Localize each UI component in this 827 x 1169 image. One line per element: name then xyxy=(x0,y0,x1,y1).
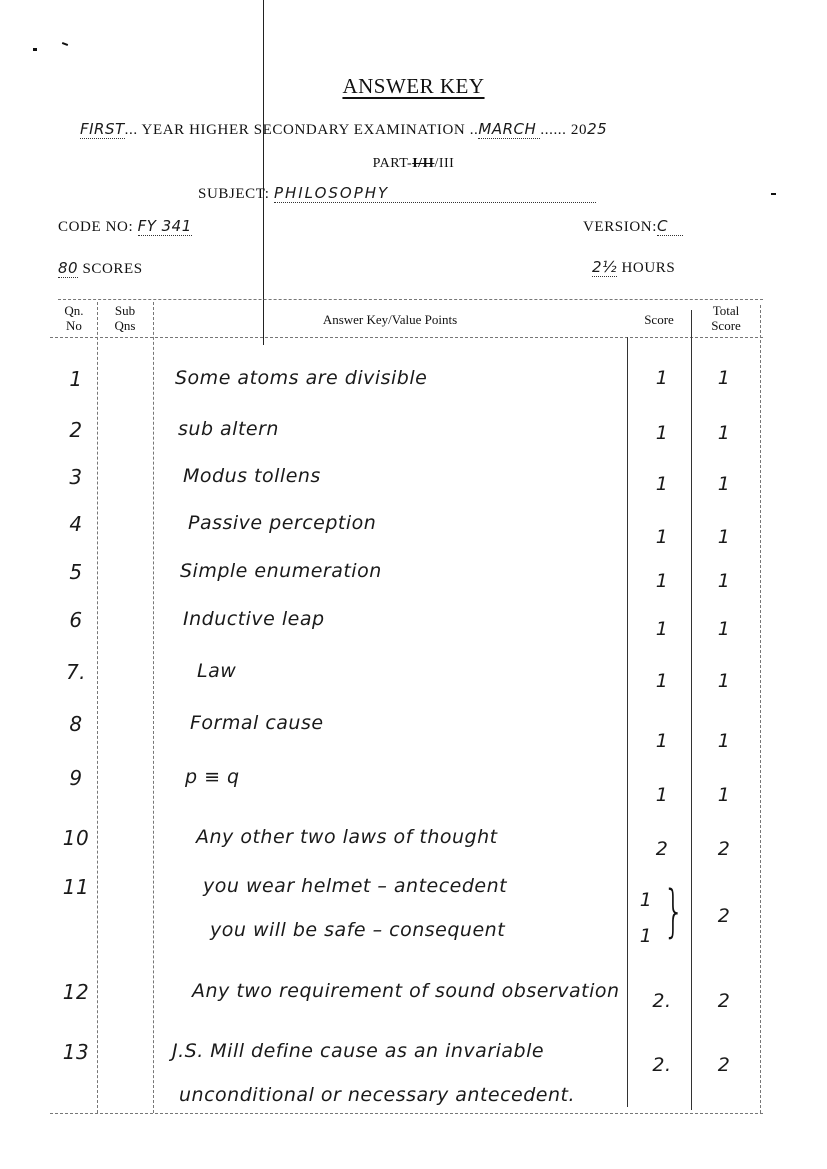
part-prefix: PART- xyxy=(373,156,413,171)
total-score-value: 2 xyxy=(704,1054,744,1076)
answer-text: sub altern xyxy=(178,418,279,440)
answer-text: Simple enumeration xyxy=(180,560,382,582)
header-total: Total Score xyxy=(695,303,757,333)
score-value: 1 xyxy=(642,526,682,548)
header-sub-qns: Sub Qns xyxy=(100,303,150,333)
score-value: 1 xyxy=(642,670,682,692)
hours-label: HOURS xyxy=(621,260,675,276)
answer-text: you will be safe – consequent xyxy=(210,919,505,941)
total-score-value: 1 xyxy=(704,670,744,692)
answer-text: Any other two laws of thought xyxy=(196,826,498,848)
answer-text: you wear helmet – antecedent xyxy=(203,875,507,897)
scan-speck xyxy=(33,48,37,51)
part-struck: I/II xyxy=(412,156,434,171)
col-divider-sub xyxy=(153,302,154,1113)
score-value: 2. xyxy=(642,990,682,1012)
question-number: 7. xyxy=(56,660,96,684)
page-title: ANSWER KEY xyxy=(0,74,827,99)
total-score-value: 1 xyxy=(704,473,744,495)
exam-year-suffix: 25 xyxy=(587,120,607,138)
col-divider-total xyxy=(691,310,692,1110)
total-score-value: 1 xyxy=(704,570,744,592)
question-number: 11 xyxy=(56,875,96,899)
total-score-value: 1 xyxy=(704,422,744,444)
score-value: 1 xyxy=(642,422,682,444)
answer-text: unconditional or necessary antecedent. xyxy=(179,1084,575,1106)
header-qn-no-line1: Qn. xyxy=(52,303,96,318)
answer-text: Inductive leap xyxy=(183,608,325,630)
answer-text: Any two requirement of sound observation xyxy=(192,980,620,1002)
subject-label: SUBJECT: xyxy=(198,186,270,202)
score-value: 1 xyxy=(642,473,682,495)
score-value: 2 xyxy=(642,838,682,860)
answer-text: p ≡ q xyxy=(185,766,240,788)
answer-text: Some atoms are divisible xyxy=(175,367,427,389)
score-value: 2. xyxy=(642,1054,682,1076)
hours-line: 2½ HOURS xyxy=(592,258,675,277)
hours-value: 2½ xyxy=(592,258,617,277)
question-number: 3 xyxy=(56,465,96,489)
code-label: CODE NO: xyxy=(58,219,133,235)
subject-line: SUBJECT: PHILOSOPHY xyxy=(198,184,596,203)
score-value: 1 xyxy=(642,618,682,640)
exam-month-value: MARCH xyxy=(478,120,540,139)
question-number: 13 xyxy=(56,1040,96,1064)
scores-label: SCORES xyxy=(82,261,142,277)
col-divider-score xyxy=(627,337,628,1107)
header-bottom-border xyxy=(50,337,763,338)
question-number: 12 xyxy=(56,980,96,1004)
total-score-value: 2 xyxy=(704,905,744,927)
col-divider-right xyxy=(760,305,761,1113)
total-score-value: 1 xyxy=(704,367,744,389)
version-line: VERSION:C xyxy=(583,217,683,236)
total-score-value: 2 xyxy=(704,990,744,1012)
total-score-value: 1 xyxy=(704,618,744,640)
exam-label: YEAR HIGHER SECONDARY EXAMINATION xyxy=(142,122,466,138)
scores-line: 80 SCORES xyxy=(58,259,143,278)
header-qn-no-line2: No xyxy=(52,318,96,333)
scores-value: 80 xyxy=(58,259,78,278)
score-value: 1 xyxy=(642,730,682,752)
subject-value: PHILOSOPHY xyxy=(274,184,596,203)
question-number: 9 xyxy=(56,766,96,790)
question-number: 5 xyxy=(56,560,96,584)
header-total-line1: Total xyxy=(695,303,757,318)
answer-text: Law xyxy=(197,660,236,682)
version-label: VERSION: xyxy=(583,219,657,235)
scan-speck xyxy=(771,193,776,195)
part-suffix: /III xyxy=(434,156,454,171)
fold-line xyxy=(263,0,264,345)
score-value: 1 xyxy=(642,784,682,806)
question-number: 2 xyxy=(56,418,96,442)
score-value: 1 xyxy=(636,889,656,911)
header-qn-no: Qn. No xyxy=(52,303,96,333)
scan-speck xyxy=(62,42,68,46)
question-number: 4 xyxy=(56,512,96,536)
part-line: PART-I/II/III xyxy=(0,156,827,172)
table-bottom-border xyxy=(50,1113,763,1114)
answer-text: Passive perception xyxy=(188,512,376,534)
header-sub-qns-line2: Qns xyxy=(100,318,150,333)
table-top-border xyxy=(58,299,763,300)
header-score: Score xyxy=(630,312,688,327)
total-score-value: 1 xyxy=(704,784,744,806)
header-total-line2: Score xyxy=(695,318,757,333)
exam-year-prefix: 20 xyxy=(571,122,587,138)
question-number: 1 xyxy=(56,367,96,391)
total-score-value: 1 xyxy=(704,730,744,752)
code-line: CODE NO: FY 341 xyxy=(58,217,192,236)
header-answer: Answer Key/Value Points xyxy=(155,312,625,327)
version-value: C xyxy=(657,217,683,236)
exam-line: FIRST... YEAR HIGHER SECONDARY EXAMINATI… xyxy=(80,120,607,139)
header-sub-qns-line1: Sub xyxy=(100,303,150,318)
score-value: 1 xyxy=(636,925,656,947)
col-divider-qno xyxy=(97,302,98,1113)
answer-text: Modus tollens xyxy=(183,465,321,487)
question-number: 6 xyxy=(56,608,96,632)
score-value: 1 xyxy=(642,367,682,389)
code-value: FY 341 xyxy=(138,217,192,236)
brace-icon: } xyxy=(663,879,684,944)
total-score-value: 1 xyxy=(704,526,744,548)
answer-text: Formal cause xyxy=(190,712,324,734)
answer-text: J.S. Mill define cause as an invariable xyxy=(172,1040,544,1062)
score-value: 1 xyxy=(642,570,682,592)
total-score-value: 2 xyxy=(704,838,744,860)
question-number: 10 xyxy=(56,826,96,850)
question-number: 8 xyxy=(56,712,96,736)
exam-year-value: FIRST xyxy=(80,120,125,139)
